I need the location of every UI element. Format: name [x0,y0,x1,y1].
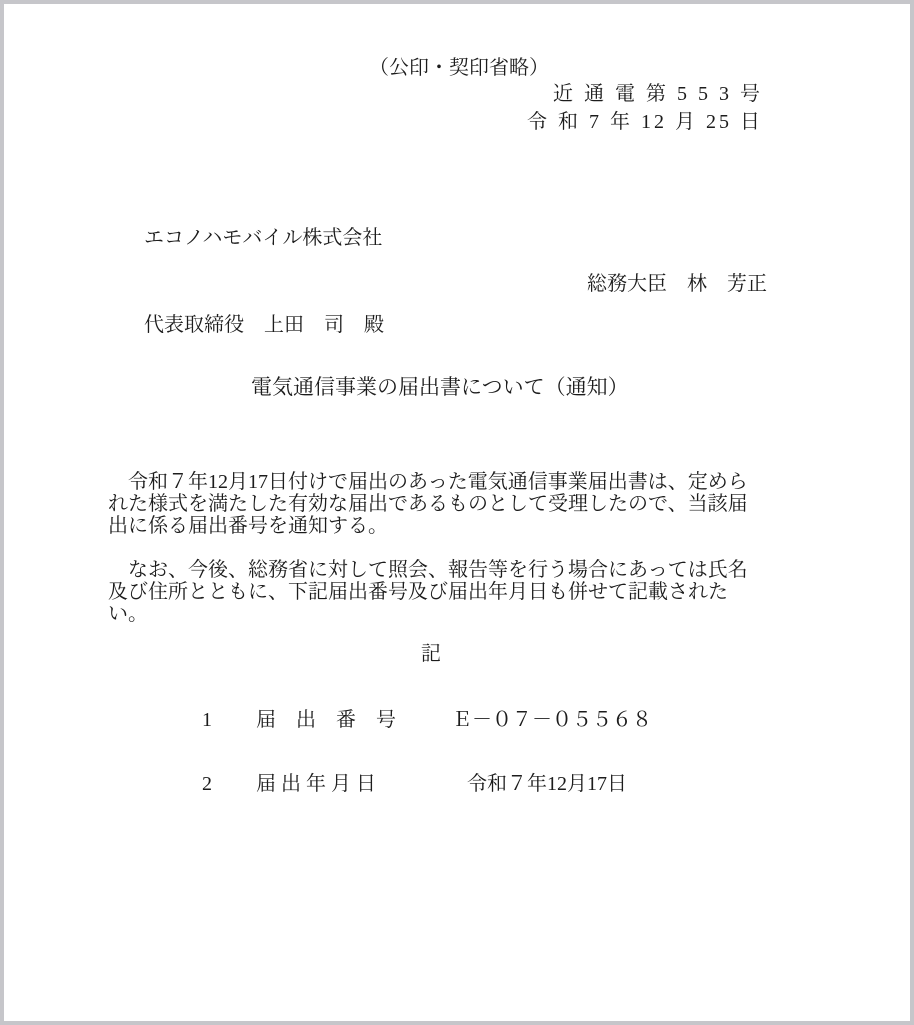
issue-date: 令 和 7 年 12 月 25 日 [527,111,763,133]
recipient-addressee: 代表取締役 上田 司 殿 [144,311,384,340]
recipient-block: エコノハモバイル株式会社 代表取締役 上田 司 殿 [144,166,384,398]
body-text: 令和７年12月17日付けで届出のあった電気通信事業届出書は、定めら れた様式を満… [108,449,788,647]
item-2-label: 届 出 年 月 日 [256,772,376,796]
document-number: 近 通 電 第 5 5 3 号 [553,83,763,105]
item-2-value: 令和７年12月17日 [467,772,627,796]
recipient-company: エコノハモバイル株式会社 [144,224,384,253]
body-paragraph-1: 令和７年12月17日付けで届出のあった電気通信事業届出書は、定めら れた様式を満… [108,471,788,537]
sender-minister: 総務大臣 林 芳正 [587,273,767,295]
item-1-label: 届 出 番 号 [256,708,396,732]
body-paragraph-2: なお、今後、総務省に対して照会、報告等を行う場合にあっては氏名 及び住所とともに… [108,559,788,625]
notification-document-page: （公印・契印省略） 近 通 電 第 5 5 3 号 令 和 7 年 12 月 2… [0,0,914,1025]
document-title: 電気通信事業の届出書について（通知） [251,375,629,399]
item-2-number: 2 [202,772,212,796]
item-row-notification-number: 1 届 出 番 号 Ｅ－０７－０５５６８ [4,708,914,732]
seal-omission-note: （公印・契印省略） [369,57,549,79]
item-1-number: 1 [202,708,212,732]
list-header-ki: 記 [421,643,441,665]
item-1-value: Ｅ－０７－０５５６８ [452,708,652,732]
item-row-notification-date: 2 届 出 年 月 日 令和７年12月17日 [4,772,914,796]
